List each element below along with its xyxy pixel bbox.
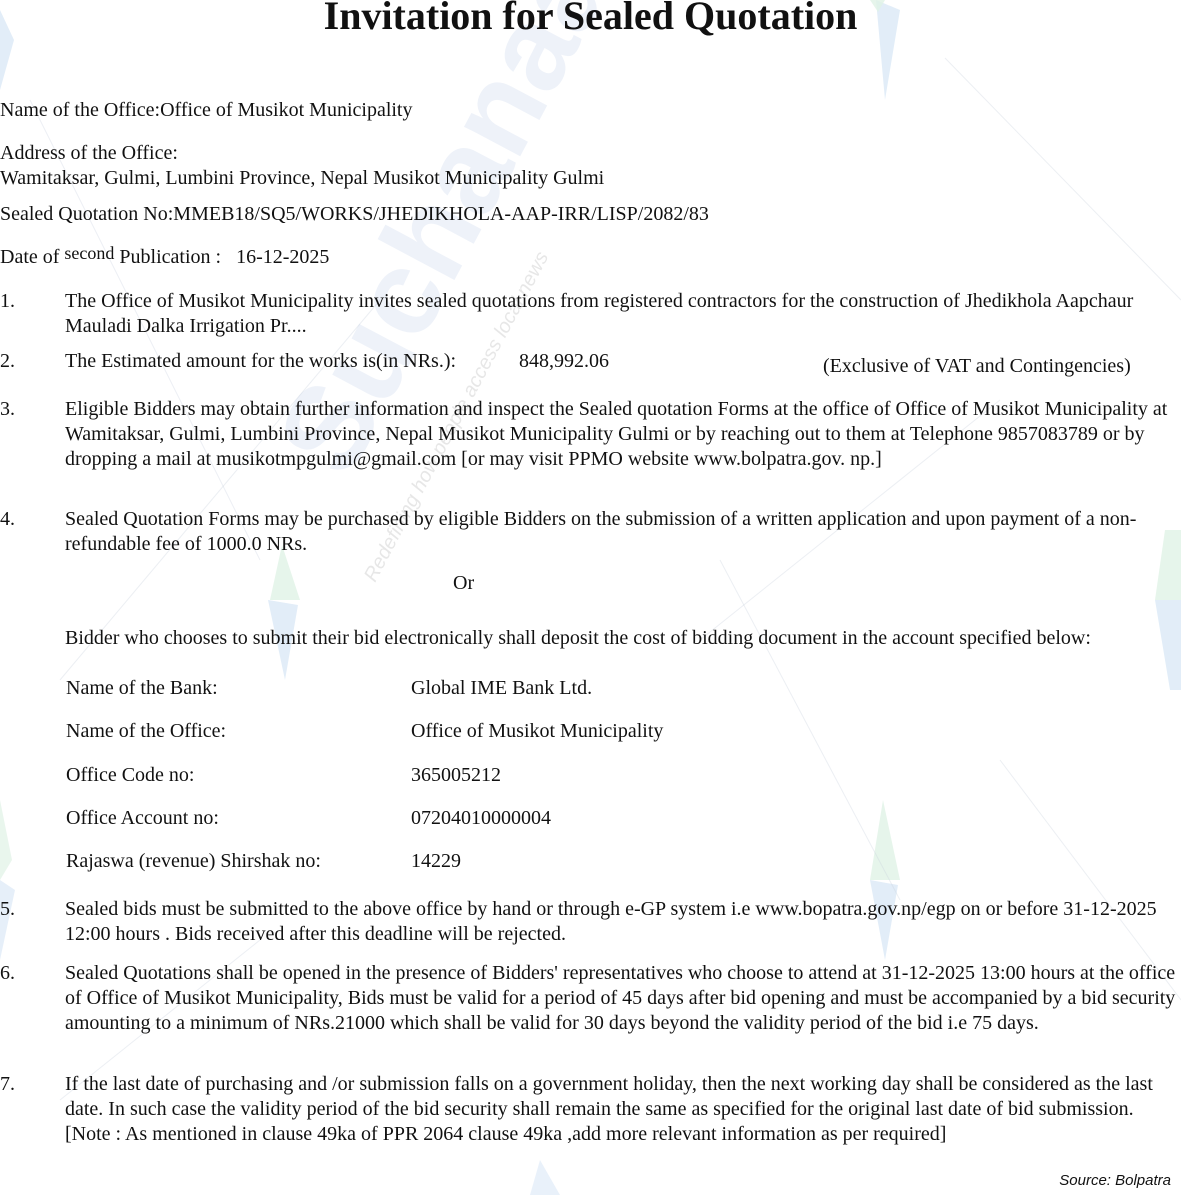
- office-name-line: Name of the Office:Office of Musikot Mun…: [0, 98, 413, 123]
- electronic-deposit-text: Bidder who chooses to submit their bid e…: [65, 626, 1091, 651]
- clause-number: 1.: [0, 289, 15, 314]
- publication-prefix: Date of: [0, 246, 59, 268]
- clause-text: The Office of Musikot Municipality invit…: [65, 289, 1181, 339]
- document-title: Invitation for Sealed Quotation: [0, 0, 1181, 38]
- bank-value: Global IME Bank Ltd.: [411, 676, 592, 701]
- bank-value: 365005212: [411, 763, 501, 788]
- clause-text: Sealed Quotation Forms may be purchased …: [65, 507, 1181, 557]
- publication-label: Publication :: [119, 246, 221, 268]
- publication-ordinal: second: [64, 243, 114, 263]
- clause-number: 3.: [0, 397, 15, 422]
- clause-text: Sealed bids must be submitted to the abo…: [65, 897, 1181, 947]
- clause-text: Sealed Quotations shall be opened in the…: [65, 961, 1181, 1036]
- bank-value: Office of Musikot Municipality: [411, 719, 663, 744]
- estimated-amount-note: (Exclusive of VAT and Contingencies): [823, 354, 1131, 379]
- clause-text: If the last date of purchasing and /or s…: [65, 1072, 1181, 1122]
- bank-value: 07204010000004: [411, 806, 551, 831]
- clause-1: 1. The Office of Musikot Municipality in…: [0, 289, 1181, 339]
- bank-label: Name of the Office:: [66, 719, 226, 744]
- publication-date-line: Date of second Publication : 16-12-2025: [0, 245, 329, 270]
- source-credit: Source: Bolpatra: [1059, 1172, 1171, 1189]
- clause-5: 5. Sealed bids must be submitted to the …: [0, 897, 1181, 947]
- clause-number: 6.: [0, 961, 15, 986]
- bank-label: Rajaswa (revenue) Shirshak no:: [66, 849, 321, 874]
- estimated-amount: 848,992.06: [519, 349, 609, 374]
- address-value: Wamitaksar, Gulmi, Lumbini Province, Nep…: [0, 166, 604, 191]
- clause-7: 7. If the last date of purchasing and /o…: [0, 1072, 1181, 1147]
- clause-number: 5.: [0, 897, 15, 922]
- or-separator: Or: [453, 572, 474, 595]
- bank-label: Office Account no:: [66, 806, 219, 831]
- address-label: Address of the Office:: [0, 141, 178, 166]
- clause-6: 6. Sealed Quotations shall be opened in …: [0, 961, 1181, 1036]
- quotation-number: Sealed Quotation No:MMEB18/SQ5/WORKS/JHE…: [0, 202, 709, 227]
- clause-number: 2.: [0, 349, 15, 374]
- clause-4: 4. Sealed Quotation Forms may be purchas…: [0, 507, 1181, 557]
- clause-text: Eligible Bidders may obtain further info…: [65, 397, 1181, 472]
- clause-2: 2. The Estimated amount for the works is…: [0, 349, 1181, 379]
- clause-note: [Note : As mentioned in clause 49ka of P…: [65, 1122, 1181, 1147]
- clause-number: 7.: [0, 1072, 15, 1097]
- clause-number: 4.: [0, 507, 15, 532]
- publication-date: 16-12-2025: [236, 246, 329, 268]
- bank-label: Name of the Bank:: [66, 676, 218, 701]
- bank-value: 14229: [411, 849, 461, 874]
- bank-label: Office Code no:: [66, 763, 195, 788]
- clause-3: 3. Eligible Bidders may obtain further i…: [0, 397, 1181, 472]
